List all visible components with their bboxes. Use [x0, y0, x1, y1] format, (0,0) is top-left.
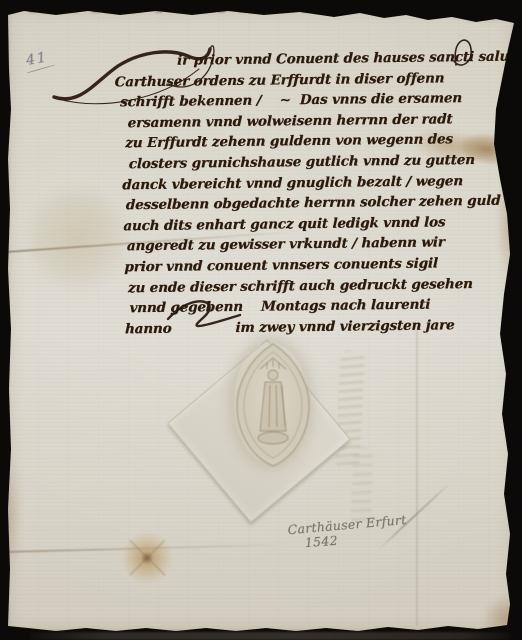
corner-stain: [482, 595, 514, 629]
photograph: 41 ir prior vnnd Conuent des hauses sanc…: [0, 0, 522, 640]
seal-impression: [230, 339, 316, 471]
ink-bleedthrough: [351, 447, 374, 526]
fold-crease: [416, 331, 418, 626]
manuscript-closing-line: hanno im zwey vnnd vierzigsten jare: [109, 314, 501, 339]
anno-word: hanno: [125, 318, 172, 339]
fold-crease: [8, 543, 306, 553]
year-phrase: im zwey vnnd vierzigsten jare: [235, 315, 454, 338]
edge-stain: [8, 439, 28, 589]
table-edge-shadow: [30, 632, 510, 640]
ink-bleedthrough: [335, 350, 365, 469]
manuscript-text: ir prior vnnd Conuent des hauses sancti …: [109, 47, 508, 340]
manuscript-page: 41 ir prior vnnd Conuent des hauses sanc…: [8, 9, 514, 631]
archival-folio-number: 41: [25, 49, 49, 69]
counter-seal-stain: [112, 523, 183, 594]
edge-stain: [436, 9, 514, 31]
closing-gap: [171, 318, 235, 339]
archivist-note: Carthäuser Erfurt 1542: [287, 512, 408, 552]
top-edge-discoloration: [8, 9, 514, 13]
